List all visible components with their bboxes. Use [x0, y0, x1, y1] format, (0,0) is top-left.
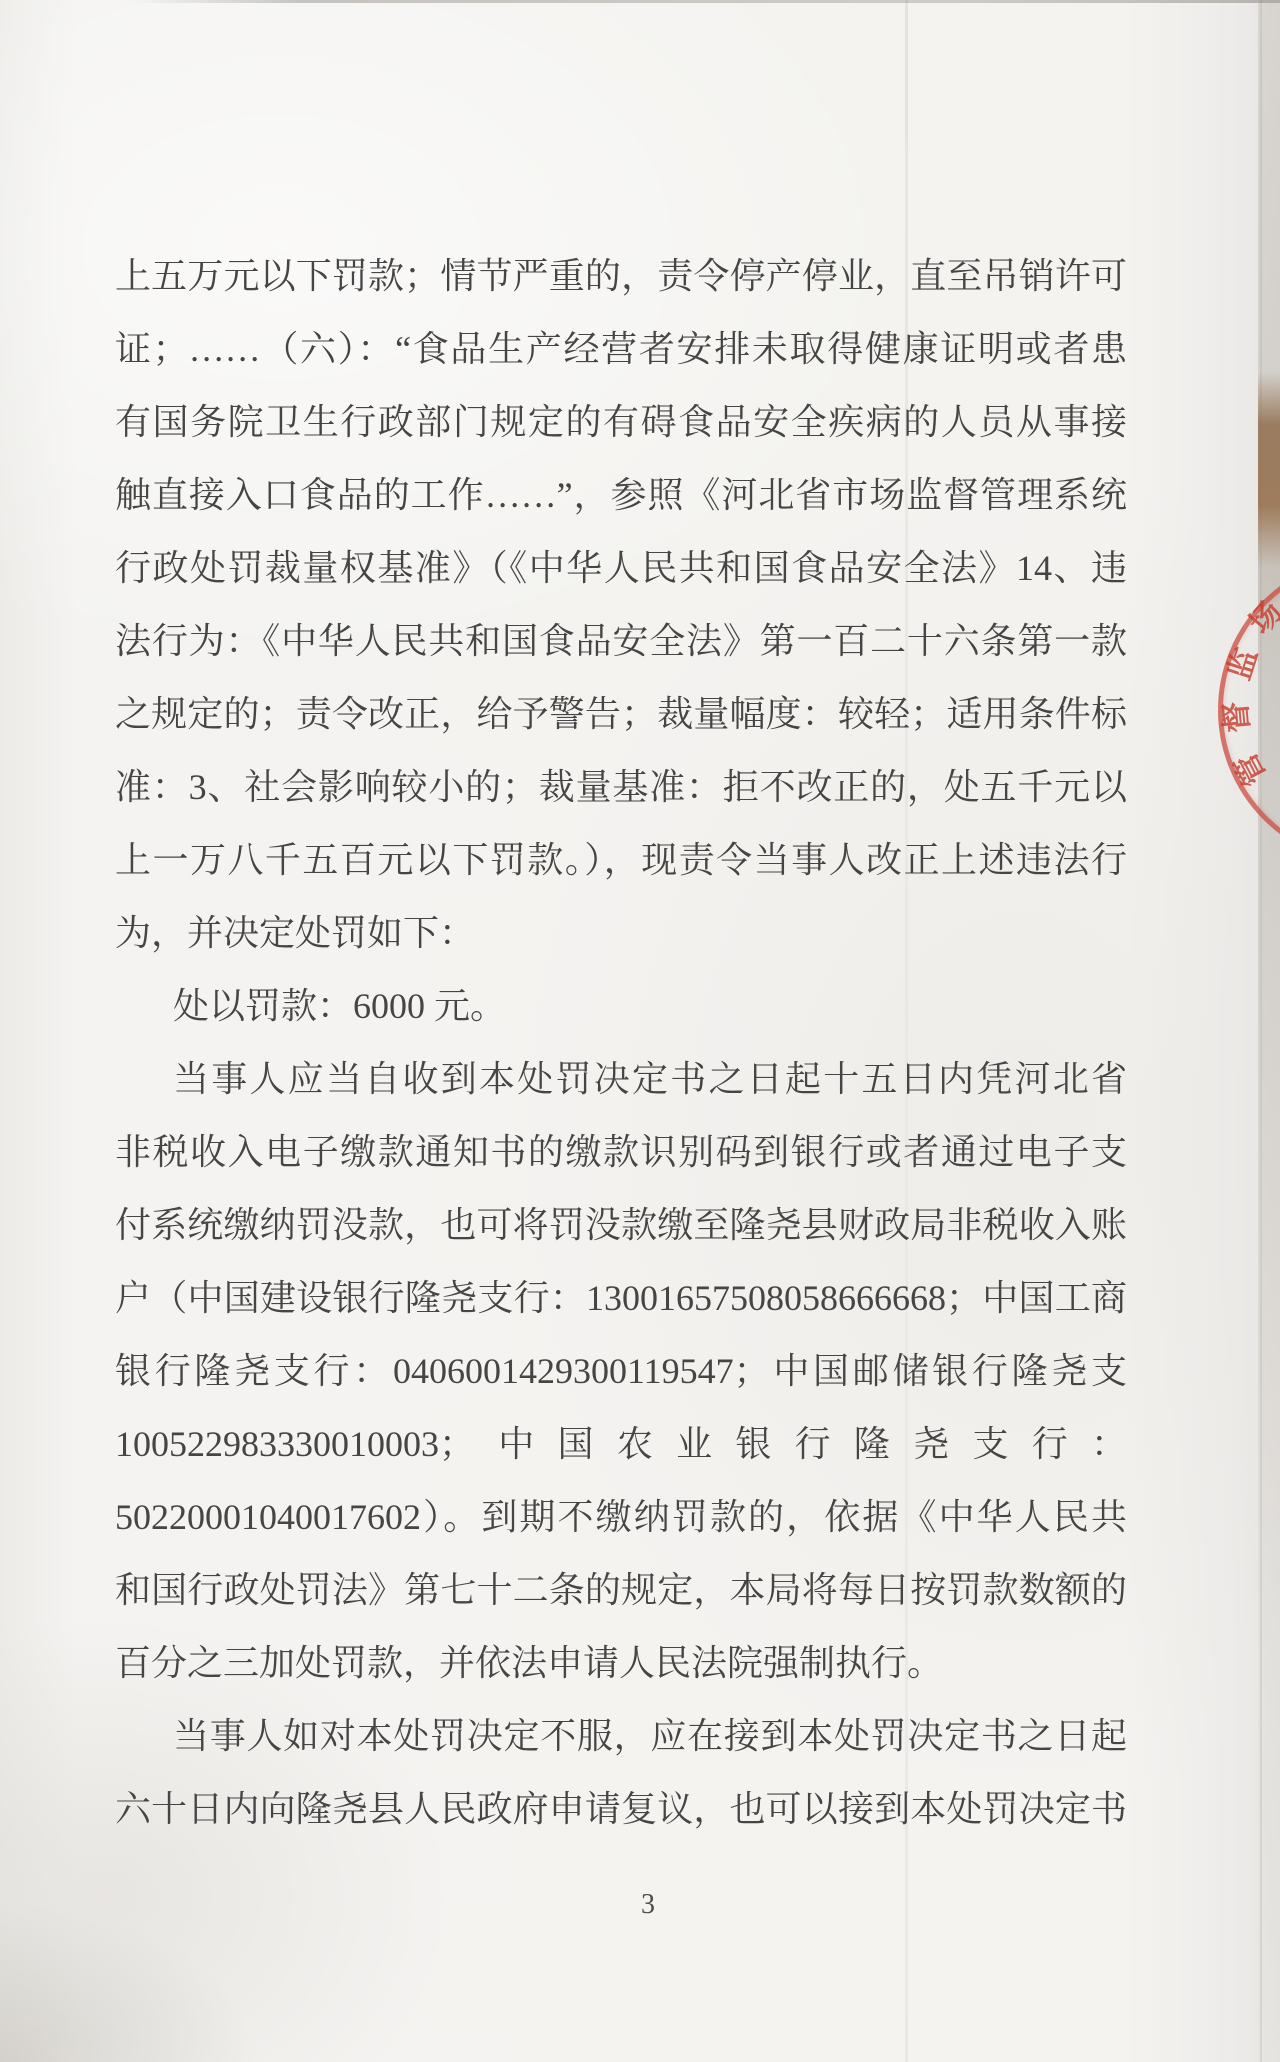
text-line: 百分之三加处罚款，并依法申请人民法院强制执行。 [115, 1627, 1127, 1700]
page-edge-shadow [1258, 0, 1280, 2062]
scanned-penalty-decision-page: { "doc": { "lines": [ "上五万元以下罚款；情节严重的，责令… [0, 0, 1280, 2062]
bank-account-line: 100522983330010003；中国农业银行隆尧支行： [115, 1408, 1127, 1481]
text-line: 上五万元以下罚款；情节严重的，责令停产停业，直至吊销许可 [115, 240, 1127, 313]
text-line: 证；……（六）：“食品生产经营者安排未取得健康证明或者患 [115, 313, 1127, 386]
corner-shadow [0, 1902, 260, 2062]
text-line: 触直接入口食品的工作……”，参照《河北省市场监督管理系统 [115, 459, 1127, 532]
text-line: 当事人如对本处罚决定不服，应在接到本处罚决定书之日起 [115, 1700, 1127, 1773]
stamp-character: 督 [1219, 699, 1256, 736]
text-line: 当事人应当自收到本处罚决定书之日起十五日内凭河北省 [115, 1043, 1127, 1116]
text-line: 法行为：《中华人民共和国食品安全法》第一百二十六条第一款 [115, 605, 1127, 678]
bank-account-line: 银行隆尧支行：0406001429300119547；中国邮储银行隆尧支行： [115, 1335, 1127, 1408]
text-line: 为，并决定处罚如下： [115, 897, 1127, 970]
text-line: 上一万八千五百元以下罚款。），现责令当事人改正上述违法行 [115, 824, 1127, 897]
fine-amount-line: 处以罚款：6000 元。 [115, 970, 1127, 1043]
page-number: 3 [618, 1888, 678, 1922]
bank-account-line: 户（中国建设银行隆尧支行：13001657508058666668；中国工商 [115, 1262, 1127, 1335]
text-line: 准：3、社会影响较小的；裁量基准：拒不改正的，处五千元以 [115, 751, 1127, 824]
scan-top-edge [130, 0, 1280, 3]
text-line: 有国务院卫生行政部门规定的有碍食品安全疾病的人员从事接 [115, 386, 1127, 459]
text-line: 六十日内向隆尧县人民政府申请复议，也可以接到本处罚决定书 [115, 1773, 1127, 1846]
document-body-text: 上五万元以下罚款；情节严重的，责令停产停业，直至吊销许可 证；……（六）：“食品… [115, 240, 1127, 1846]
text-line: 付系统缴纳罚没款，也可将罚没款缴至隆尧县财政局非税收入账 [115, 1189, 1127, 1262]
text-line: 之规定的；责令改正，给予警告；裁量幅度：较轻；适用条件标 [115, 678, 1127, 751]
text-line: 非税收入电子缴款通知书的缴款识别码到银行或者通过电子支 [115, 1116, 1127, 1189]
bank-account-line: 50220001040017602）。到期不缴纳罚款的，依据《中华人民共 [115, 1481, 1127, 1554]
text-line: 和国行政处罚法》第七十二条的规定，本局将每日按罚款数额的 [115, 1554, 1127, 1627]
text-line: 行政处罚裁量权基准》（《中华人民共和国食品安全法》14、违 [115, 532, 1127, 605]
